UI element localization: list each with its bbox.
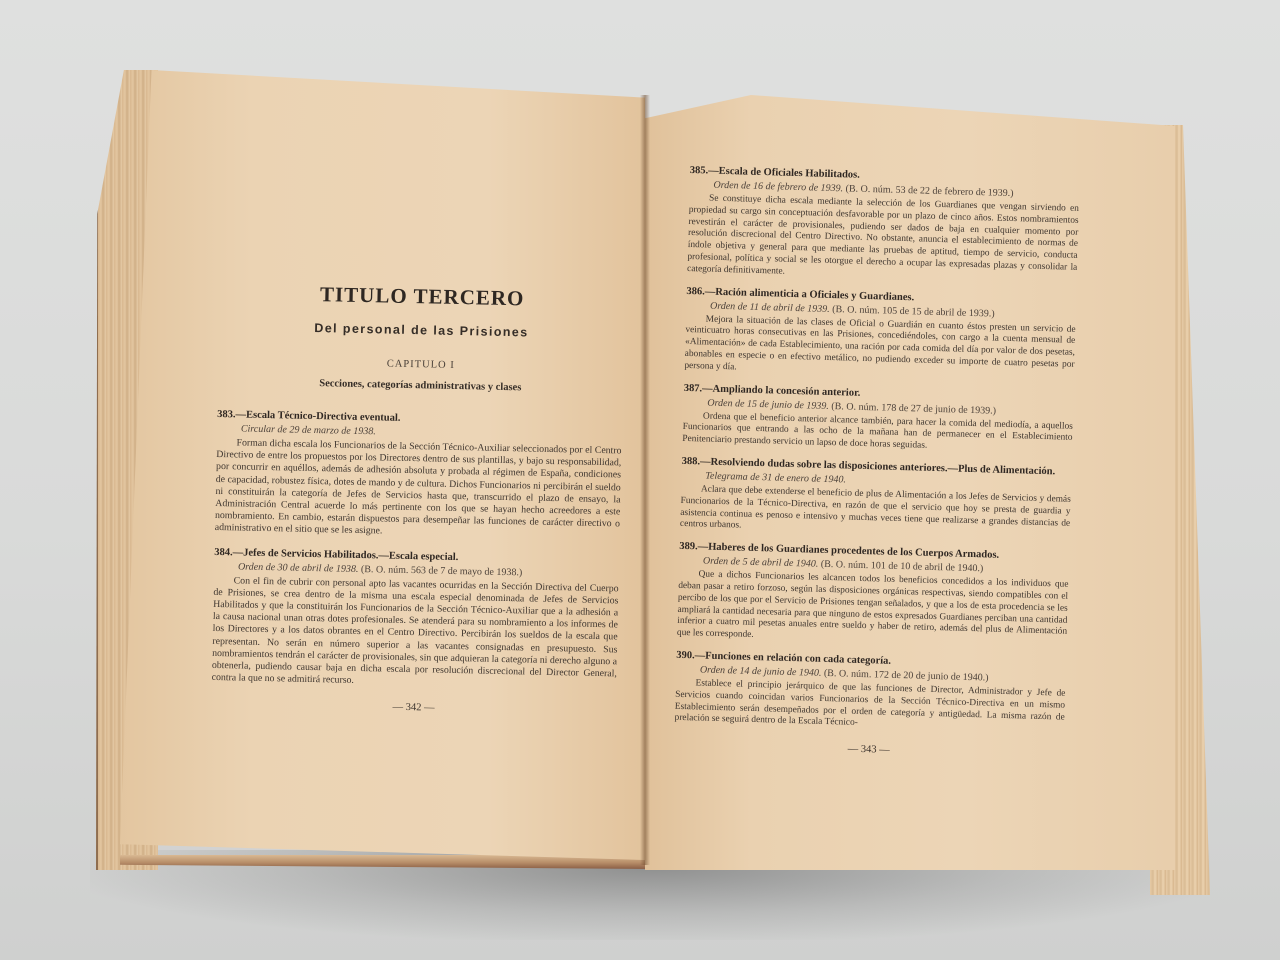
source-italic: Orden de 16 de febrero de 1939. xyxy=(713,180,843,195)
source-plain: (B. O. núm. 563 de 7 de mayo de 1938.) xyxy=(361,564,523,578)
source-italic: Orden de 5 de abril de 1940. xyxy=(703,556,819,570)
article-entry: 390.—Funciones en relación con cada cate… xyxy=(674,650,1066,736)
source-italic: Orden de 30 de abril de 1938. xyxy=(238,561,359,575)
article-entry: 387.—Ampliando la concesión anterior. Or… xyxy=(682,382,1074,456)
article-entry: 388.—Resolviendo dudas sobre las disposi… xyxy=(680,456,1072,542)
article-body: Que a dichos Funcionarios les alcancen t… xyxy=(677,569,1069,651)
source-plain: (B. O. núm. 53 de 22 de febrero de 1939.… xyxy=(845,183,1013,199)
article-body: Se constituye dicha escala mediante la s… xyxy=(687,193,1079,286)
article-body: Mejora la situación de las clases de Ofi… xyxy=(684,314,1075,384)
left-page-content: TITULO TERCERO Del personal de las Prisi… xyxy=(211,280,625,718)
article-body: Establece el principio jerárquico de que… xyxy=(674,678,1065,736)
article-body: Forman dicha escala los Funcionarios de … xyxy=(215,437,622,543)
chapter-label: CAPITULO I xyxy=(218,355,623,374)
right-page-content: 385.—Escala de Oficiales Habilitados. Or… xyxy=(674,165,1080,761)
article-entry: 384.—Jefes de Servicios Habilitados.—Esc… xyxy=(212,547,620,693)
article-entry: 385.—Escala de Oficiales Habilitados. Or… xyxy=(687,165,1080,286)
article-body: Ordena que el beneficio anterior alcance… xyxy=(682,410,1073,456)
article-body: Aclara que debe extenderse el beneficio … xyxy=(680,484,1071,542)
source-plain: (B. O. núm. 178 de 27 de junio de 1939.) xyxy=(831,401,996,417)
article-entry: 386.—Ración alimenticia a Oficiales y Gu… xyxy=(684,286,1076,384)
source-italic: Orden de 14 de junio de 1940. xyxy=(700,664,822,678)
source-italic: Orden de 11 de abril de 1939. xyxy=(710,300,830,314)
source-italic: Orden de 15 de junio de 1939. xyxy=(707,397,829,411)
source-plain: (B. O. núm. 101 de 10 de abril de 1940.) xyxy=(821,559,984,575)
source-italic: Circular de 29 de marzo de 1938. xyxy=(241,423,376,437)
chapter-title: Secciones, categorías administrativas y … xyxy=(218,376,623,395)
section-subtitle: Del personal de las Prisiones xyxy=(219,319,624,341)
article-entry: 389.—Haberes de los Guardianes procedent… xyxy=(677,541,1070,651)
source-italic: Telegrama de 31 de enero de 1940. xyxy=(705,471,846,486)
article-entry: 383.—Escala Técnico-Directiva eventual. … xyxy=(215,409,623,543)
source-plain: (B. O. núm. 172 de 20 de junio de 1940.) xyxy=(824,668,989,684)
source-plain: (B. O. núm. 105 de 15 de abril de 1939.) xyxy=(832,304,995,320)
book-gutter xyxy=(640,95,650,865)
article-body: Con el fin de cubrir con personal apto l… xyxy=(212,575,619,693)
